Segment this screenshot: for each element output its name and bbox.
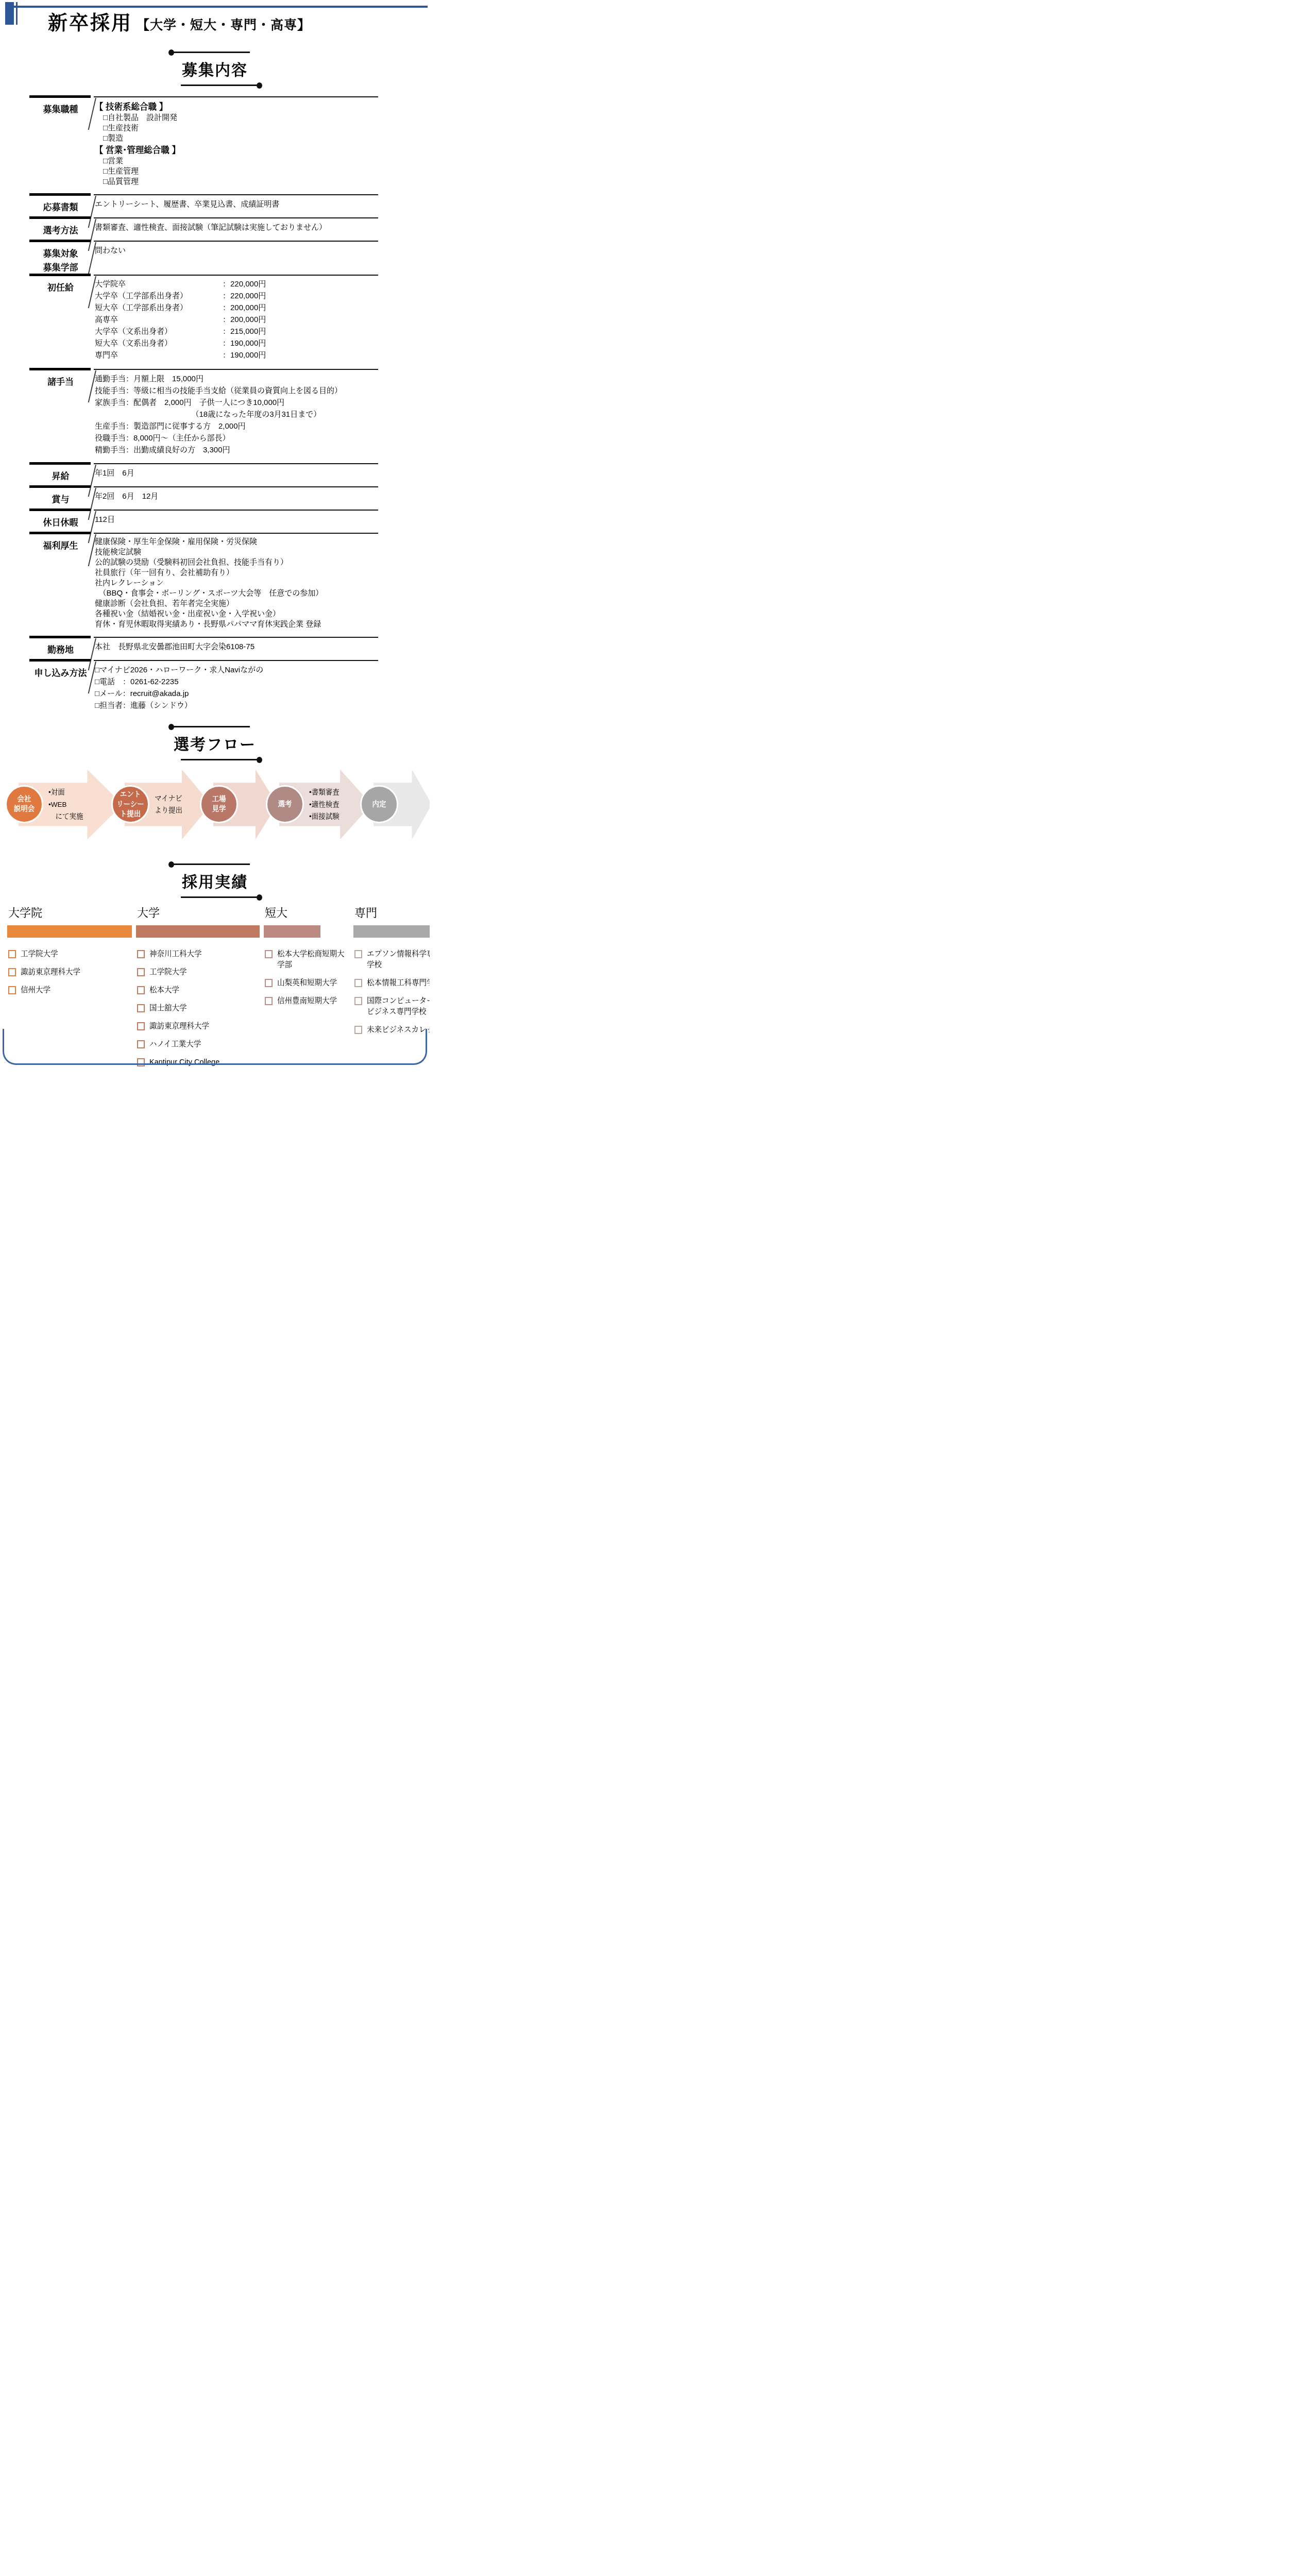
salary-amount: ：215,000円 xyxy=(223,326,266,338)
school-list: 神奈川工科大学 工学院大学 松本大学 国士舘大学 xyxy=(136,949,260,1067)
flow-step-note: •書類審査 •適性検査 •面接試験 xyxy=(309,786,340,823)
job-item-list: □自社製品 設計開発□生産技術□製造 xyxy=(95,113,376,144)
school-item: 松本大学松商短期大学部 xyxy=(264,949,349,971)
page-title: 新卒採用 xyxy=(48,7,132,35)
salary-list: 大学院卒 ：220,000円 大学卒（工学部系出身者） ：220,000円 短大… xyxy=(95,279,376,362)
recruitment-flyer: 新卒採用 【大学・短大・専門・高専】 募集内容 募集職種 【 技術系総合職 】 … xyxy=(0,0,430,1067)
school-list: エプソン情報科学専門学校 松本情報工科専門学校 国際コンピューター ビジネス専門… xyxy=(353,949,430,1036)
welfare-line: 技能検定試験 xyxy=(95,547,376,557)
allowance-line: 役職手当：8,000円～（主任から部長） xyxy=(95,432,376,444)
school-item: 松本大学 xyxy=(136,985,260,996)
allowance-line: 生産手当：製造部門に従事する方 2,000円 xyxy=(95,420,376,432)
selection-flow-diagram: 会社 説明会 •対面 •WEB にて実施 エント リーシー ト提出 マイナビ よ… xyxy=(1,766,430,843)
decor-line-dot-left xyxy=(173,726,250,727)
section-title-text: 採用実績 xyxy=(171,865,259,896)
results-column-graduate-school: 大学院 工学院大学 諏訪東京理科大学 信州大 xyxy=(7,904,132,1067)
row-content: 健康保険・厚生年金保険・雇用保険・労災保険技能検定試験公的試験の奨励（受験料初回… xyxy=(94,533,378,637)
salary-amount: ：200,000円 xyxy=(223,314,266,326)
info-row-target: 募集対象 募集学部 問わない xyxy=(0,241,378,275)
apply-line: □電話 ：0261-62-2235 xyxy=(95,676,376,688)
school-item: 神奈川工科大学 xyxy=(136,949,260,960)
results-column-header: 専門 xyxy=(353,904,430,920)
salary-grade: 大学卒（文系出身者） xyxy=(95,326,223,338)
row-text: 年2回 6月 12月 xyxy=(95,490,376,502)
flow-step: 内定 xyxy=(356,766,428,843)
job-item: □営業 xyxy=(95,156,376,166)
salary-line: 短大卒（工学部系出身者） ：200,000円 xyxy=(95,302,376,314)
allowance-line: 家族手当：配偶者 2,000円 子供一人につき10,000円 xyxy=(95,397,376,409)
job-item: □生産技術 xyxy=(95,123,376,133)
info-row-welfare: 福利厚生 健康保険・厚生年金保険・雇用保険・労災保険技能検定試験公的試験の奨励（… xyxy=(0,533,378,637)
job-item: □製造 xyxy=(95,133,376,144)
row-label: 福利厚生 xyxy=(0,533,94,637)
allowance-line: 通勤手当：月額上限 15,000円 xyxy=(95,373,376,385)
checkbox-icon xyxy=(8,950,16,958)
allowance-line: 精勤手当：出勤成績良好の方 3,300円 xyxy=(95,444,376,456)
flow-step-circle: 工場 見学 xyxy=(200,785,238,823)
allowance-list: 通勤手当：月額上限 15,000円技能手当：等級に相当の技能手当支給（従業員の資… xyxy=(95,373,376,456)
row-label: 勤務地 xyxy=(0,637,94,660)
school-item: Kantipur City College xyxy=(136,1057,260,1067)
row-content: 大学院卒 ：220,000円 大学卒（工学部系出身者） ：220,000円 短大… xyxy=(94,275,378,369)
header-accent-square xyxy=(5,2,14,25)
checkbox-icon xyxy=(137,1004,145,1012)
info-row-holidays: 休日休暇 112日 xyxy=(0,510,378,533)
header-title-group: 新卒採用 【大学・短大・専門・高専】 xyxy=(48,7,311,35)
row-content: 年1回 6月 xyxy=(94,463,378,486)
info-row-jobs: 募集職種 【 技術系総合職 】 □自社製品 設計開発□生産技術□製造 【 営業･… xyxy=(0,96,378,194)
school-item: 国際コンピューター ビジネス専門学校 xyxy=(353,996,430,1018)
salary-grade: 専門卒 xyxy=(95,350,223,362)
apply-line: □マイナビ2026・ハローワーク・求人Naviながの xyxy=(95,664,376,676)
row-label: 募集対象 募集学部 xyxy=(0,241,94,275)
school-item: 信州豊南短期大学 xyxy=(264,996,349,1007)
school-name: 諏訪東京理科大学 xyxy=(21,967,80,978)
checkbox-icon xyxy=(354,997,362,1005)
row-content: エントリーシート、履歴書、卒業見込書、成績証明書 xyxy=(94,194,378,217)
school-name: エプソン情報科学専門学校 xyxy=(367,949,430,971)
checkbox-icon xyxy=(137,968,145,976)
flow-step-circle: エント リーシー ト提出 xyxy=(111,785,149,823)
info-row-apply: 申し込み方法 □マイナビ2026・ハローワーク・求人Naviながの□電話 ：02… xyxy=(0,660,378,719)
school-name: 工学院大学 xyxy=(21,949,58,960)
section-title-text: 募集内容 xyxy=(171,53,259,84)
info-row-starting-salary: 初任給 大学院卒 ：220,000円 大学卒（工学部系出身者） ：220,000… xyxy=(0,275,378,369)
row-text: 問わない xyxy=(95,245,376,257)
row-label: 募集職種 xyxy=(0,96,94,194)
welfare-list: 健康保険・厚生年金保険・雇用保険・労災保険技能検定試験公的試験の奨励（受験料初回… xyxy=(95,537,376,630)
salary-grade: 高専卒 xyxy=(95,314,223,326)
row-label: 昇給 xyxy=(0,463,94,486)
apply-line: □メール：recruit@akada.jp xyxy=(95,688,376,700)
checkbox-icon xyxy=(8,968,16,976)
salary-amount: ：220,000円 xyxy=(223,291,266,302)
decor-line-dot-left xyxy=(173,863,250,865)
job-category: 【 技術系総合職 】 xyxy=(95,100,376,113)
info-row-raise: 昇給 年1回 6月 xyxy=(0,463,378,486)
page-subtitle: 【大学・短大・専門・高専】 xyxy=(137,15,311,33)
welfare-line: 健康保険・厚生年金保険・雇用保険・労災保険 xyxy=(95,537,376,547)
flow-step-circle: 内定 xyxy=(360,785,398,823)
hiring-results: 大学院 工学院大学 諏訪東京理科大学 信州大 xyxy=(7,904,426,1067)
welfare-line: 社員旅行（年一回有り、会社補助有り） xyxy=(95,568,376,578)
school-item: 工学院大学 xyxy=(7,949,132,960)
salary-amount: ：190,000円 xyxy=(223,338,266,350)
school-item: 未来ビジネスカレッジ xyxy=(353,1025,430,1036)
school-list: 工学院大学 諏訪東京理科大学 信州大学 xyxy=(7,949,132,996)
welfare-line: （BBQ・食事会・ボーリング・スポーツ大会等 任意での参加） xyxy=(95,588,376,599)
results-column-vocational: 専門 エプソン情報科学専門学校 松本情報工科専門学校 xyxy=(353,904,430,1067)
row-content: □マイナビ2026・ハローワーク・求人Naviながの□電話 ：0261-62-2… xyxy=(94,660,378,719)
row-content: 通勤手当：月額上限 15,000円技能手当：等級に相当の技能手当支給（従業員の資… xyxy=(94,369,378,463)
row-text: エントリーシート、履歴書、卒業見込書、成績証明書 xyxy=(95,198,376,210)
row-label: 初任給 xyxy=(0,275,94,369)
info-row-documents: 応募書類 エントリーシート、履歴書、卒業見込書、成績証明書 xyxy=(0,194,378,217)
flow-step-circle: 会社 説明会 xyxy=(5,785,43,823)
page-header: 新卒採用 【大学・短大・専門・高専】 xyxy=(0,0,430,44)
row-content: 本社 長野県北安曇郡池田町大字会染6108-75 xyxy=(94,637,378,660)
row-content: 年2回 6月 12月 xyxy=(94,486,378,510)
row-label: 応募書類 xyxy=(0,194,94,217)
checkbox-icon xyxy=(265,997,273,1005)
decor-line-dot-right xyxy=(181,896,258,898)
checkbox-icon xyxy=(137,1040,145,1048)
school-name: 信州豊南短期大学 xyxy=(277,996,337,1007)
school-name: 松本大学 xyxy=(149,985,179,996)
checkbox-icon xyxy=(137,950,145,958)
school-item: 国士舘大学 xyxy=(136,1003,260,1014)
salary-line: 高専卒 ：200,000円 xyxy=(95,314,376,326)
decor-line-dot-right xyxy=(181,759,258,760)
school-name: 山梨英和短期大学 xyxy=(277,978,337,989)
row-text: 本社 長野県北安曇郡池田町大字会染6108-75 xyxy=(95,641,376,653)
salary-line: 大学院卒 ：220,000円 xyxy=(95,279,376,291)
info-row-selection-method: 選考方法 書類審査、適性検査、面接試験（筆記試験は実施しておりません） xyxy=(0,217,378,241)
school-name: 神奈川工科大学 xyxy=(149,949,202,960)
salary-line: 大学卒（文系出身者） ：215,000円 xyxy=(95,326,376,338)
salary-line: 大学卒（工学部系出身者） ：220,000円 xyxy=(95,291,376,302)
school-item: 松本情報工科専門学校 xyxy=(353,978,430,989)
school-name: ハノイ工業大学 xyxy=(149,1039,201,1050)
results-column-bar xyxy=(7,925,132,938)
checkbox-icon xyxy=(354,1026,362,1034)
results-column-header: 大学院 xyxy=(7,904,132,920)
school-item: ハノイ工業大学 xyxy=(136,1039,260,1050)
info-row-bonus: 賞与 年2回 6月 12月 xyxy=(0,486,378,510)
welfare-line: 各種祝い金（結婚祝い金・出産祝い金・入学祝い金） xyxy=(95,609,376,619)
checkbox-icon xyxy=(137,1058,145,1066)
school-item: 信州大学 xyxy=(7,985,132,996)
allowance-line: 技能手当：等級に相当の技能手当支給（従業員の資質向上を図る目的） xyxy=(95,385,376,397)
row-label: 申し込み方法 xyxy=(0,660,94,719)
salary-line: 短大卒（文系出身者） ：190,000円 xyxy=(95,338,376,350)
school-name: 信州大学 xyxy=(21,985,50,996)
school-item: 諏訪東京理科大学 xyxy=(7,967,132,978)
results-column-bar xyxy=(353,925,430,938)
welfare-line: 社内レクレーション xyxy=(95,578,376,588)
results-column-bar xyxy=(264,925,320,938)
apply-list: □マイナビ2026・ハローワーク・求人Naviながの□電話 ：0261-62-2… xyxy=(95,664,376,711)
school-name: 未来ビジネスカレッジ xyxy=(367,1025,430,1036)
salary-amount: ：190,000円 xyxy=(223,350,266,362)
header-accent-bar xyxy=(16,2,18,25)
salary-line: 専門卒 ：190,000円 xyxy=(95,350,376,362)
results-column-university: 大学 神奈川工科大学 工学院大学 松本大学 xyxy=(136,904,260,1067)
welfare-line: 公的試験の奨励（受験料初回会社負担、技能手当有り） xyxy=(95,557,376,568)
row-content: 問わない xyxy=(94,241,378,275)
row-label: 選考方法 xyxy=(0,217,94,241)
flow-step: 会社 説明会 •対面 •WEB にて実施 xyxy=(1,766,107,843)
job-item-list: □営業□生産管理□品質管理 xyxy=(95,156,376,187)
apply-line: □担当者：進藤（シンドウ） xyxy=(95,700,376,711)
checkbox-icon xyxy=(137,986,145,994)
section-title-hiring-results: 採用実績 xyxy=(171,863,259,898)
allowance-line: （18歳になった年度の3月31日まで） xyxy=(95,409,376,420)
section-title-recruit-info: 募集内容 xyxy=(171,52,259,86)
checkbox-icon xyxy=(137,1022,145,1030)
salary-grade: 短大卒（工学部系出身者） xyxy=(95,302,223,314)
school-name: 松本大学松商短期大学部 xyxy=(277,949,349,971)
recruit-info-table: 募集職種 【 技術系総合職 】 □自社製品 設計開発□生産技術□製造 【 営業･… xyxy=(0,96,378,719)
school-name: 松本情報工科専門学校 xyxy=(367,978,430,989)
school-item: エプソン情報科学専門学校 xyxy=(353,949,430,971)
job-item: □生産管理 xyxy=(95,166,376,177)
checkbox-icon xyxy=(354,950,362,958)
row-label: 諸手当 xyxy=(0,369,94,463)
job-item: □自社製品 設計開発 xyxy=(95,113,376,123)
decor-line-dot-right xyxy=(181,84,258,86)
row-label: 休日休暇 xyxy=(0,510,94,533)
salary-grade: 大学卒（工学部系出身者） xyxy=(95,291,223,302)
row-text: 書類審査、適性検査、面接試験（筆記試験は実施しておりません） xyxy=(95,222,376,233)
results-column-header: 大学 xyxy=(136,904,260,920)
welfare-line: 健康診断（会社負担、若年者完全実施） xyxy=(95,599,376,609)
decor-line-dot-left xyxy=(173,52,250,53)
flow-step: エント リーシー ト提出 マイナビ より提出 xyxy=(107,766,196,843)
school-list: 松本大学松商短期大学部 山梨英和短期大学 信州豊南短期大学 xyxy=(264,949,349,1007)
checkbox-icon xyxy=(265,979,273,987)
welfare-line: 育休・育児休暇取得実績あり・長野県パパママ育休実践企業 登録 xyxy=(95,619,376,630)
results-column-junior-college: 短大 松本大学松商短期大学部 山梨英和短期大学 xyxy=(264,904,349,1067)
salary-amount: ：200,000円 xyxy=(223,302,266,314)
checkbox-icon xyxy=(265,950,273,958)
results-column-bar xyxy=(136,925,260,938)
salary-grade: 短大卒（文系出身者） xyxy=(95,338,223,350)
school-name: 諏訪東京理科大学 xyxy=(149,1021,209,1032)
flow-step: 選考 •書類審査 •適性検査 •面接試験 xyxy=(262,766,356,843)
school-item: 諏訪東京理科大学 xyxy=(136,1021,260,1032)
salary-amount: ：220,000円 xyxy=(223,279,266,291)
checkbox-icon xyxy=(354,979,362,987)
flow-step: 工場 見学 xyxy=(196,766,262,843)
job-item: □品質管理 xyxy=(95,177,376,187)
results-column-header: 短大 xyxy=(264,904,349,920)
flow-step-circle: 選考 xyxy=(266,785,304,823)
row-content: 【 技術系総合職 】 □自社製品 設計開発□生産技術□製造 【 営業･管理総合職… xyxy=(94,96,378,194)
checkbox-icon xyxy=(8,986,16,994)
school-name: 工学院大学 xyxy=(149,967,187,978)
info-row-allowances: 諸手当 通勤手当：月額上限 15,000円技能手当：等級に相当の技能手当支給（従… xyxy=(0,369,378,463)
row-text: 年1回 6月 xyxy=(95,467,376,479)
school-name: 国際コンピューター ビジネス専門学校 xyxy=(367,996,430,1018)
school-name: Kantipur City College xyxy=(149,1057,219,1067)
school-name: 国士舘大学 xyxy=(149,1003,187,1014)
school-item: 工学院大学 xyxy=(136,967,260,978)
section-title-text: 選考フロー xyxy=(171,727,259,759)
job-category: 【 営業･管理総合職 】 xyxy=(95,144,376,156)
row-content: 112日 xyxy=(94,510,378,533)
row-label: 賞与 xyxy=(0,486,94,510)
flow-step-note: •対面 •WEB にて実施 xyxy=(48,786,83,823)
salary-grade: 大学院卒 xyxy=(95,279,223,291)
section-title-selection-flow: 選考フロー xyxy=(171,726,259,760)
row-text: 112日 xyxy=(95,514,376,526)
info-row-location: 勤務地 本社 長野県北安曇郡池田町大字会染6108-75 xyxy=(0,637,378,660)
row-content: 書類審査、適性検査、面接試験（筆記試験は実施しておりません） xyxy=(94,217,378,241)
flow-step-note: マイナビ より提出 xyxy=(155,792,182,817)
school-item: 山梨英和短期大学 xyxy=(264,978,349,989)
